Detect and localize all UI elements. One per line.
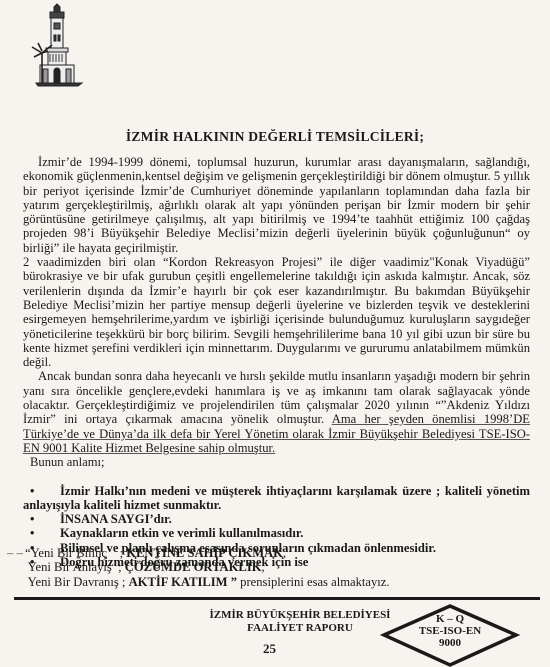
clock-tower-icon xyxy=(16,3,96,88)
dash-mark: – – xyxy=(7,546,23,560)
footer-org-line2: FAALİYET RAPORU xyxy=(200,622,400,635)
paragraph-3: Ancak bundan sonra daha heyecanlı ve hır… xyxy=(23,369,530,455)
bullet-dot: • xyxy=(30,512,60,526)
quality-badge: K – Q TSE-ISO-EN 9000 xyxy=(405,613,495,649)
principle-suffix: , xyxy=(283,546,286,560)
principle-row: Yeni Bir Davranış ; AKTİF KATILIM ” pren… xyxy=(25,575,390,589)
paragraph-1: İzmir’de 1994-1999 dönemi, toplumsal huz… xyxy=(23,155,530,255)
footer-divider xyxy=(14,597,540,600)
principle-value: KENTİNE SAHİP ÇIKMAK xyxy=(126,546,283,560)
bullet-dot: • xyxy=(30,484,60,498)
page-title: İZMİR HALKININ DEĞERLİ TEMSİLCİLERİ; xyxy=(0,129,550,145)
body-text: İzmir’de 1994-1999 dönemi, toplumsal huz… xyxy=(23,155,530,569)
bullet-item: •Kaynakların etkin ve verimli kullanılma… xyxy=(30,526,530,540)
badge-line2: TSE-ISO-EN xyxy=(405,625,495,637)
bullet-item: •İNSANA SAYGI’dır. xyxy=(30,512,530,526)
page-number: 25 xyxy=(263,641,276,657)
footer-org: İZMİR BÜYÜKŞEHİR BELEDİYESİ FAALİYET RAP… xyxy=(200,609,400,634)
badge-line1: K – Q xyxy=(405,613,495,625)
bunun-anlami-label: Bunun anlamı; xyxy=(30,455,530,469)
principle-value: ÇÖZÜMDE ORTAKLIK xyxy=(125,560,262,574)
bullet-text: İNSANA SAYGI’dır. xyxy=(60,512,172,526)
principle-label: “Yeni Bir Bilinç ; xyxy=(25,546,126,560)
bullet-text: İzmir Halkı’nın medeni ve müşterek ihtiy… xyxy=(23,484,530,512)
bullet-text: Kaynakların etkin ve verimli kullanılmas… xyxy=(60,526,303,540)
bullet-dot: • xyxy=(30,526,60,540)
paragraph-2: 2 vaadimizden biri olan “Kordon Rekreasy… xyxy=(23,255,530,369)
principle-label: Yeni Bir Anlayış ; xyxy=(25,560,125,574)
principle-suffix: prensiplerini esas almaktayız. xyxy=(237,575,389,589)
principle-value: AKTİF KATILIM ” xyxy=(129,575,237,589)
principle-row: “Yeni Bir Bilinç ; KENTİNE SAHİP ÇIKMAK, xyxy=(25,546,390,560)
principle-label: Yeni Bir Davranış ; xyxy=(25,575,129,589)
principle-suffix: , xyxy=(262,560,265,574)
footer-org-line1: İZMİR BÜYÜKŞEHİR BELEDİYESİ xyxy=(200,609,400,622)
principle-row: Yeni Bir Anlayış ; ÇÖZÜMDE ORTAKLIK, xyxy=(25,560,390,574)
bullet-item: •İzmir Halkı’nın medeni ve müşterek ihti… xyxy=(23,484,530,513)
principles-block: – – “Yeni Bir Bilinç ; KENTİNE SAHİP ÇIK… xyxy=(25,546,390,589)
badge-line3: 9000 xyxy=(405,637,495,649)
